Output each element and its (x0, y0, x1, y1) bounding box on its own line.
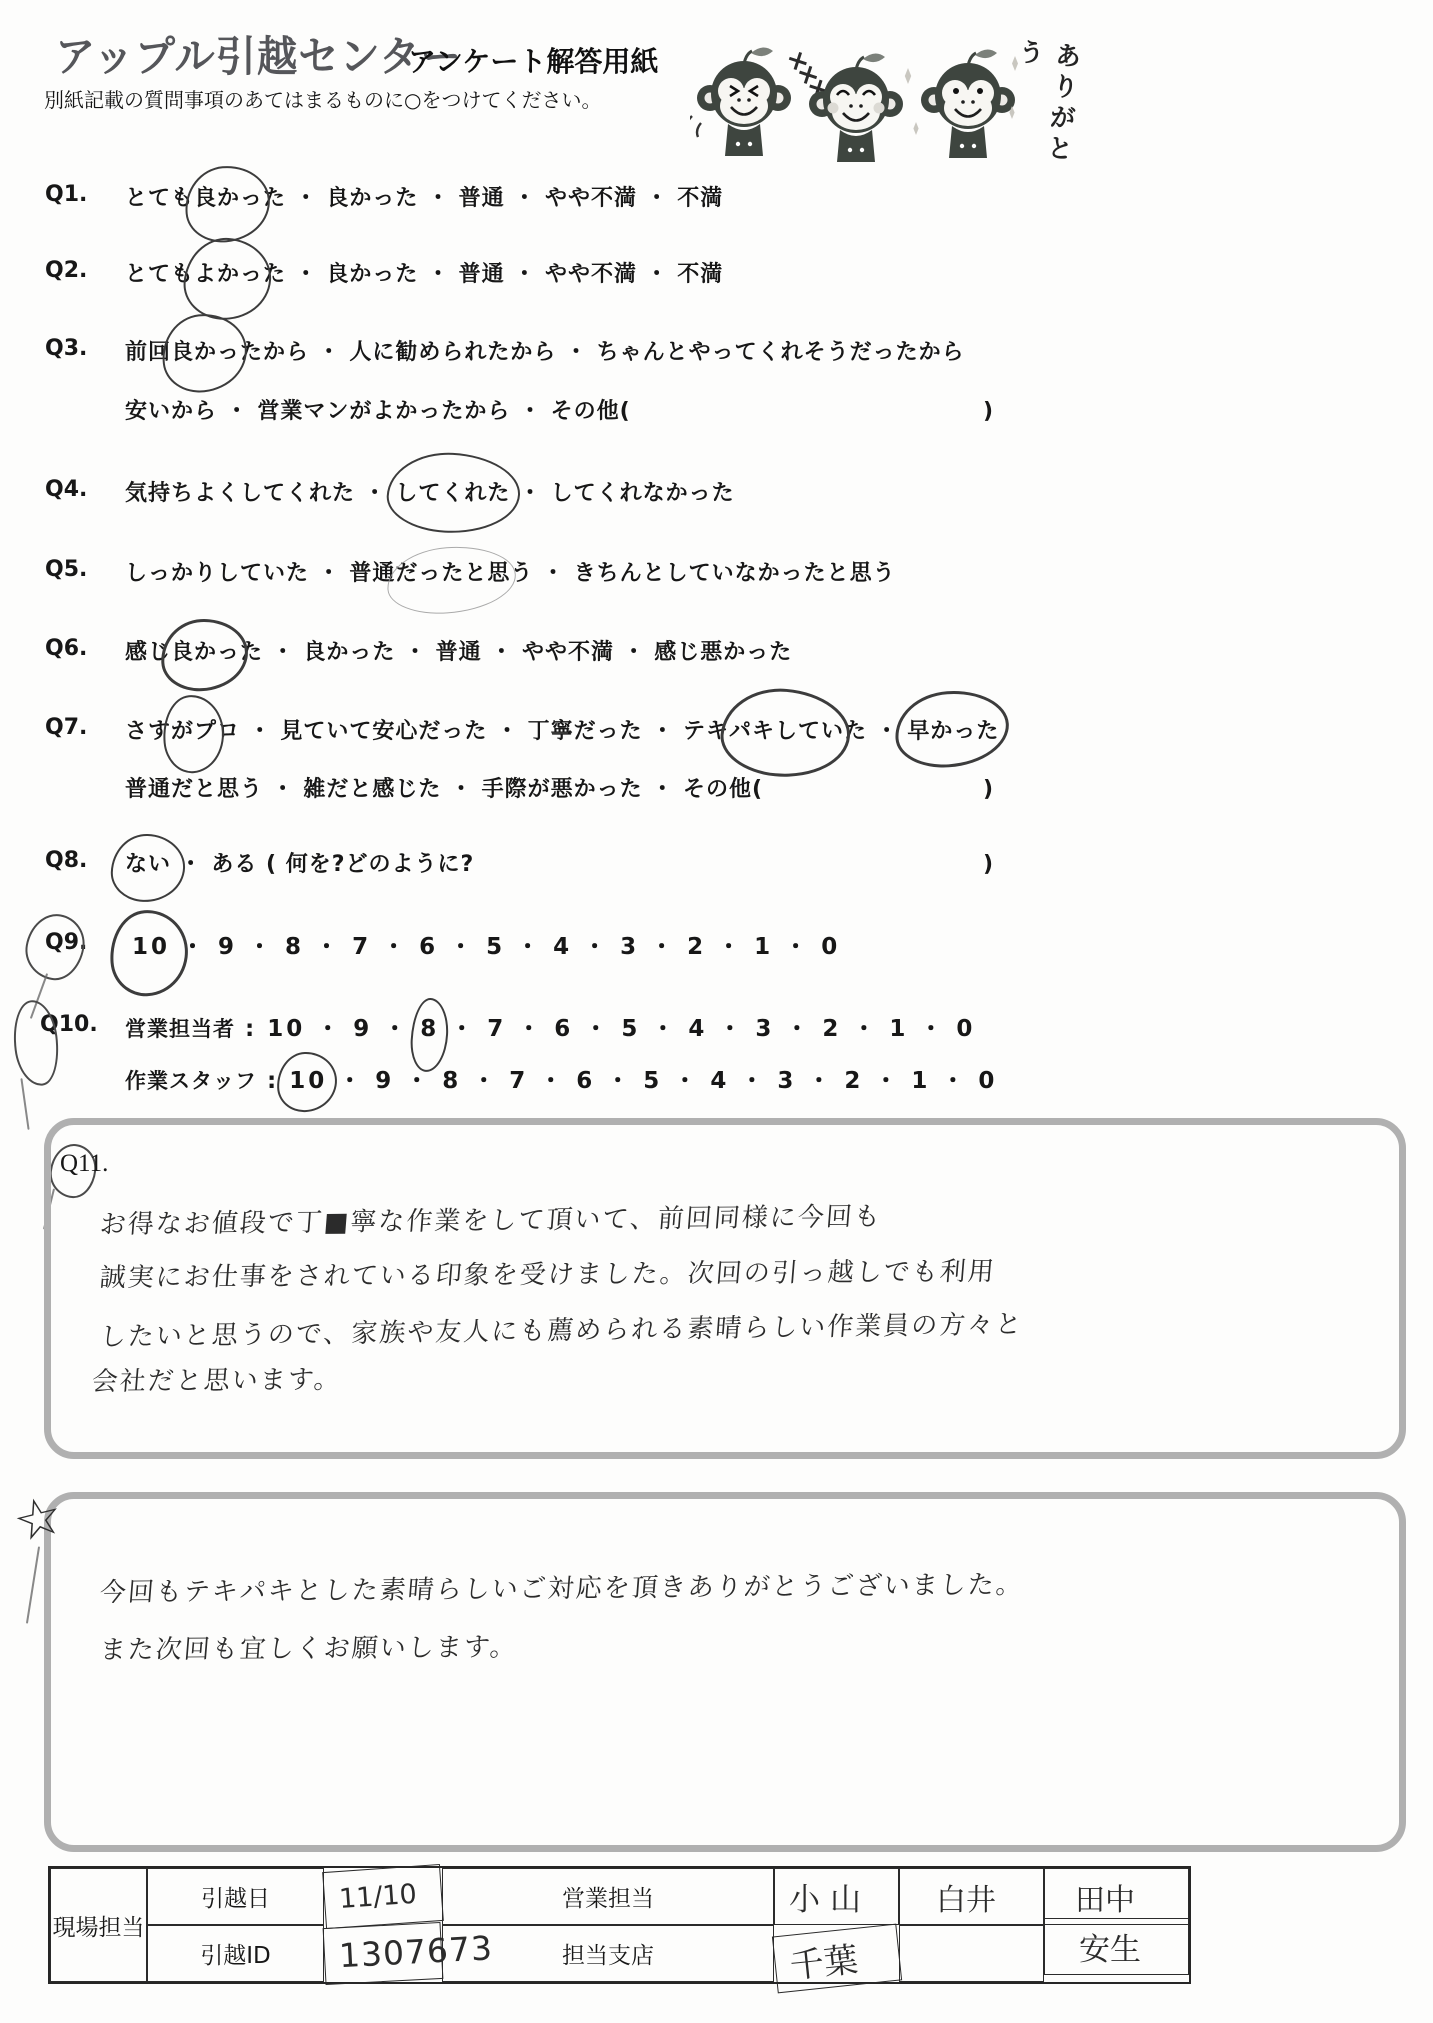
instruction-text: 別紙記載の質問事項のあてはまるものに○をつけてください。 (44, 84, 601, 113)
table-value-branch: 千葉 (772, 1924, 902, 1994)
option-text: 前回 (125, 340, 171, 365)
monkey-icon (809, 53, 903, 162)
form-title: アンケート解答用紙 (408, 40, 658, 80)
q2-circled-option: よかっ (194, 258, 263, 292)
question-q4-label: Q4. (45, 477, 87, 502)
option-text: ・ ある ( 何を?どのように? (171, 852, 474, 877)
option-text: ・ してくれなかった (510, 481, 734, 506)
option-text: た ・ (844, 719, 907, 744)
option-text: た ・ 良かった ・ 普通 ・ やや不満 ・ 不満 (263, 186, 723, 211)
q4-circled-option: してくれた (395, 477, 510, 511)
question-q8-label: Q8. (45, 848, 87, 873)
option-text: とても (125, 186, 194, 211)
question-q1-options: とても良かった ・ 良かった ・ 普通 ・ やや不満 ・ 不満 (125, 182, 1010, 216)
question-q9-scale: 10 ・ 9 ・ 8 ・ 7 ・ 6 ・ 5 ・ 4 ・ 3 ・ 2 ・ 1 ・… (132, 930, 1017, 964)
question-q2-options: とてもよかった ・ 良かった ・ 普通 ・ やや不満 ・ 不満 (125, 258, 1010, 292)
monkey-icon (921, 49, 1015, 158)
option-text: さす (125, 719, 171, 744)
monkeys-illustration (690, 34, 1022, 174)
question-q7-options-line2: 普通だと思う ・ 雑だと感じた ・ 手際が悪かった ・ その他() (125, 773, 1010, 807)
option-text: しっかりしていた ・ 普通 (125, 561, 395, 586)
scale-text: ・ 7 ・ 6 ・ 5 ・ 4 ・ 3 ・ 2 ・ 1 ・ 0 (439, 1016, 975, 1042)
option-text: 感じ (125, 640, 171, 665)
question-q9-label: Q9. (45, 930, 87, 955)
handwritten-line: また次回も宜しくお願いします。 (99, 1627, 520, 1667)
question-q5-options: しっかりしていた ・ 普通だったと思う ・ きちんとしていなかったと思う (125, 557, 1010, 591)
close-paren: ) (983, 848, 994, 882)
scale-text: ・ 9 ・ 8 ・ 7 ・ 6 ・ 5 ・ 4 ・ 3 ・ 2 ・ 1 ・ 0 (327, 1068, 997, 1094)
question-q6-options: 感じ良かった ・ 良かった ・ 普通 ・ やや不満 ・ 感じ悪かった (125, 636, 1010, 670)
close-paren: ) (983, 395, 994, 429)
table-value-move-id: 1307673 (323, 1922, 444, 1985)
question-q6-label: Q6. (45, 636, 87, 661)
pen-stroke (26, 1546, 40, 1623)
monkey-trio-icon (690, 34, 1022, 174)
table-label-sales-rep: 営業担当 (442, 1868, 774, 1925)
monkey-icon (690, 47, 791, 156)
q6-circled-option: 良かっ (171, 636, 240, 670)
handwritten-line: 会社だと思います。 (91, 1359, 344, 1398)
q1-circled-option: 良かっ (194, 182, 263, 216)
q7-circled-option-1: がプロ (171, 715, 240, 749)
option-text: たから ・ 人に勧められたから ・ ちゃんとやってくれそうだったから (240, 340, 965, 365)
table-value-crew2: 田中 (1044, 1868, 1189, 1925)
question-q3-options-line1: 前回良かったから ・ 人に勧められたから ・ ちゃんとやってくれそうだったから (125, 336, 1010, 370)
table-value-crew1: 白井 (899, 1868, 1044, 1925)
question-q3-options-line2: 安いから ・ 営業マンがよかったから ・ その他() (125, 395, 1010, 429)
table-label-move-id: 引越ID (147, 1925, 324, 1982)
q10-sales-circled-score: 8 (420, 1012, 439, 1046)
table-value-crew3: 安生 (1044, 1918, 1189, 1975)
scale-row-name: 作業スタッフ (125, 1069, 257, 1093)
question-q10-row-sales: 営業担当者:10 ・ 9 ・ 8 ・ 7 ・ 6 ・ 5 ・ 4 ・ 3 ・ 2… (125, 1012, 1010, 1046)
table-value-sales-rep: 小山 (774, 1868, 899, 1925)
question-q3-label: Q3. (45, 336, 87, 361)
scale-row-name: 営業担当者 (125, 1017, 235, 1041)
option-text: 普通だと思う ・ 雑だと感じた ・ 手際が悪かった ・ その他( (125, 777, 763, 802)
table-value-move-date: 11/10 (322, 1864, 444, 1929)
thanks-vertical-text: ありがとう (1000, 37, 1086, 183)
survey-sheet: アップル引越センター アンケート解答用紙 別紙記載の質問事項のあてはまるものに○… (0, 0, 1433, 2023)
company-logo: アップル引越センター (55, 24, 462, 84)
question-q7-label: Q7. (45, 715, 87, 740)
close-paren: ) (983, 773, 994, 807)
question-q8-options: ない ・ ある ( 何を?どのように?) (125, 848, 1010, 882)
table-cell-empty (899, 1925, 1044, 1982)
scale-text: 10 ・ 9 ・ (267, 1016, 420, 1042)
option-text: た ・ 良かった ・ 普通 ・ やや不満 ・ 不満 (263, 262, 723, 287)
question-q5-label: Q5. (45, 557, 87, 582)
q3-circled-option: 良かっ (171, 336, 240, 370)
q5-circled-option: だったと思 (395, 557, 510, 591)
option-text: 気持ちよくしてくれた ・ (125, 481, 395, 506)
table-label-move-date: 引越日 (147, 1868, 324, 1925)
question-q10-label: Q10. (40, 1012, 98, 1037)
colon: : (267, 1068, 279, 1094)
option-text: う ・ きちんとしていなかったと思う (510, 561, 895, 586)
q10-staff-circled-score: 10 (289, 1064, 327, 1098)
question-q7-options-line1: さすがプロ ・ 見ていて安心だった ・ 丁寧だった ・ テキパキしていた ・ 早… (125, 715, 1010, 749)
question-q11-label: Q11. (60, 1150, 108, 1178)
question-q10-row-staff: 作業スタッフ:10 ・ 9 ・ 8 ・ 7 ・ 6 ・ 5 ・ 4 ・ 3 ・ … (125, 1064, 1010, 1098)
option-text: とても (125, 262, 194, 287)
handwritten-line: 誠実にお仕事をされている印象を受けました。次回の引っ越しでも利用 (99, 1251, 998, 1294)
option-text: た ・ 良かった ・ 普通 ・ やや不満 ・ 感じ悪かった (240, 640, 792, 665)
question-q2-label: Q2. (45, 258, 87, 283)
option-text: 安いから ・ 営業マンがよかったから ・ その他( (125, 399, 631, 424)
q7-circled-option-2: パキしてい (729, 715, 844, 749)
q8-circled-option: ない (125, 848, 171, 882)
footer-table: 引越日 11/10 営業担当 小山 現場担当 白井 田中 引越ID 130767… (48, 1866, 1191, 1984)
table-label-site-crew: 現場担当 (50, 1868, 147, 1982)
q9-circled-score: 10 (132, 930, 170, 964)
comment-box-extra (44, 1492, 1406, 1852)
scale-text: ・ 9 ・ 8 ・ 7 ・ 6 ・ 5 ・ 4 ・ 3 ・ 2 ・ 1 ・ 0 (170, 934, 840, 960)
question-q4-options: 気持ちよくしてくれた ・ してくれた ・ してくれなかった (125, 477, 1010, 511)
option-text: ・ 見ていて安心だった ・ 丁寧だった ・ テキ (240, 719, 729, 744)
pen-stroke (20, 1078, 29, 1130)
q7-circled-option-3: 早かった (907, 715, 999, 749)
question-q1-label: Q1. (45, 182, 87, 207)
colon: : (245, 1016, 257, 1042)
